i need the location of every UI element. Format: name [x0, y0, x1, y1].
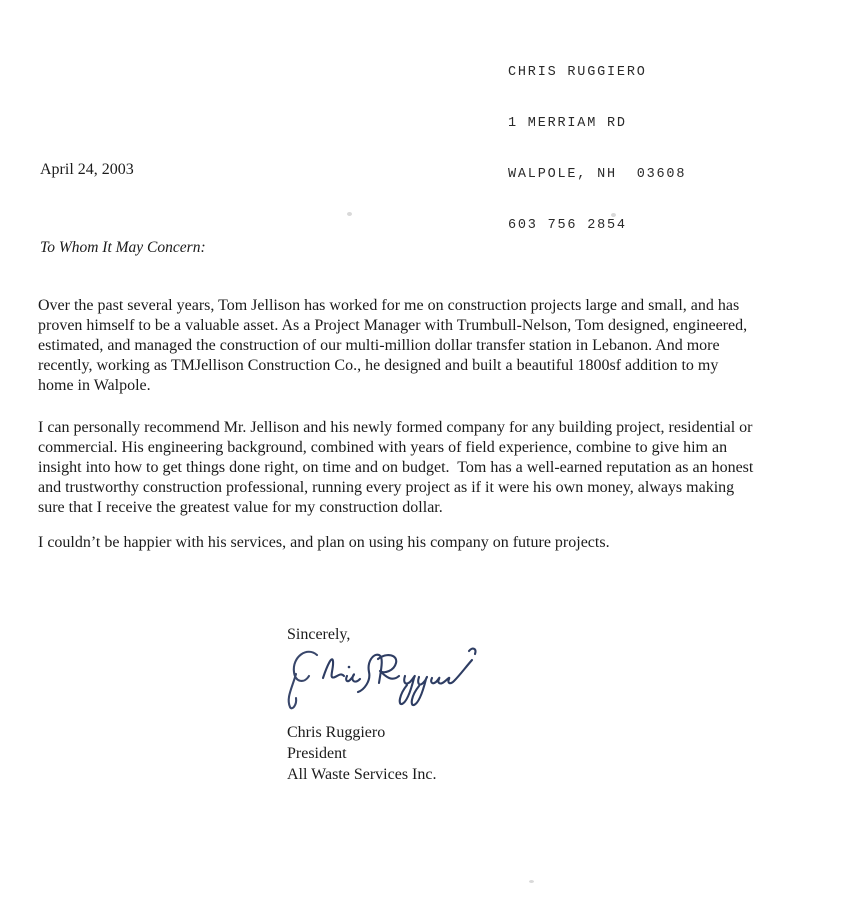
paragraph-line: recently, working as TMJellison Construc… [38, 356, 747, 376]
signoff-block: Chris Ruggiero President All Waste Servi… [287, 722, 436, 785]
scan-artifact [347, 212, 352, 216]
paragraph-2: I can personally recommend Mr. Jellison … [38, 418, 753, 518]
sender-address-block: CHRIS RUGGIERO 1 MERRIAM RD WALPOLE, NH … [508, 30, 686, 268]
signature-ink-icon [283, 643, 498, 715]
sender-name: CHRIS RUGGIERO [508, 64, 686, 81]
paragraph-line: and trustworthy construction professiona… [38, 478, 753, 498]
paragraph-line: estimated, and managed the construction … [38, 336, 747, 356]
scanned-letter-page: CHRIS RUGGIERO 1 MERRIAM RD WALPOLE, NH … [0, 0, 850, 900]
paragraph-line: sure that I receive the greatest value f… [38, 498, 753, 518]
signoff-name: Chris Ruggiero [287, 722, 436, 743]
salutation: To Whom It May Concern: [40, 239, 206, 257]
scan-artifact [529, 880, 534, 883]
sender-street: 1 MERRIAM RD [508, 115, 686, 132]
scan-artifact [611, 213, 616, 217]
paragraph-3: I couldn’t be happier with his services,… [38, 533, 610, 553]
sender-city-state-zip: WALPOLE, NH 03608 [508, 166, 686, 183]
signoff-company: All Waste Services Inc. [287, 764, 436, 785]
sender-phone: 603 756 2854 [508, 217, 686, 234]
paragraph-line: I couldn’t be happier with his services,… [38, 533, 610, 553]
signoff-title: President [287, 743, 436, 764]
paragraph-line: I can personally recommend Mr. Jellison … [38, 418, 753, 438]
paragraph-line: Over the past several years, Tom Jelliso… [38, 296, 747, 316]
paragraph-line: proven himself to be a valuable asset. A… [38, 316, 747, 336]
handwritten-signature [283, 643, 498, 715]
paragraph-line: home in Walpole. [38, 376, 747, 396]
closing-sincerely: Sincerely, [287, 626, 350, 644]
paragraph-line: commercial. His engineering background, … [38, 438, 753, 458]
letter-date: April 24, 2003 [40, 161, 134, 179]
paragraph-line: insight into how to get things done righ… [38, 458, 753, 478]
paragraph-1: Over the past several years, Tom Jelliso… [38, 296, 747, 396]
